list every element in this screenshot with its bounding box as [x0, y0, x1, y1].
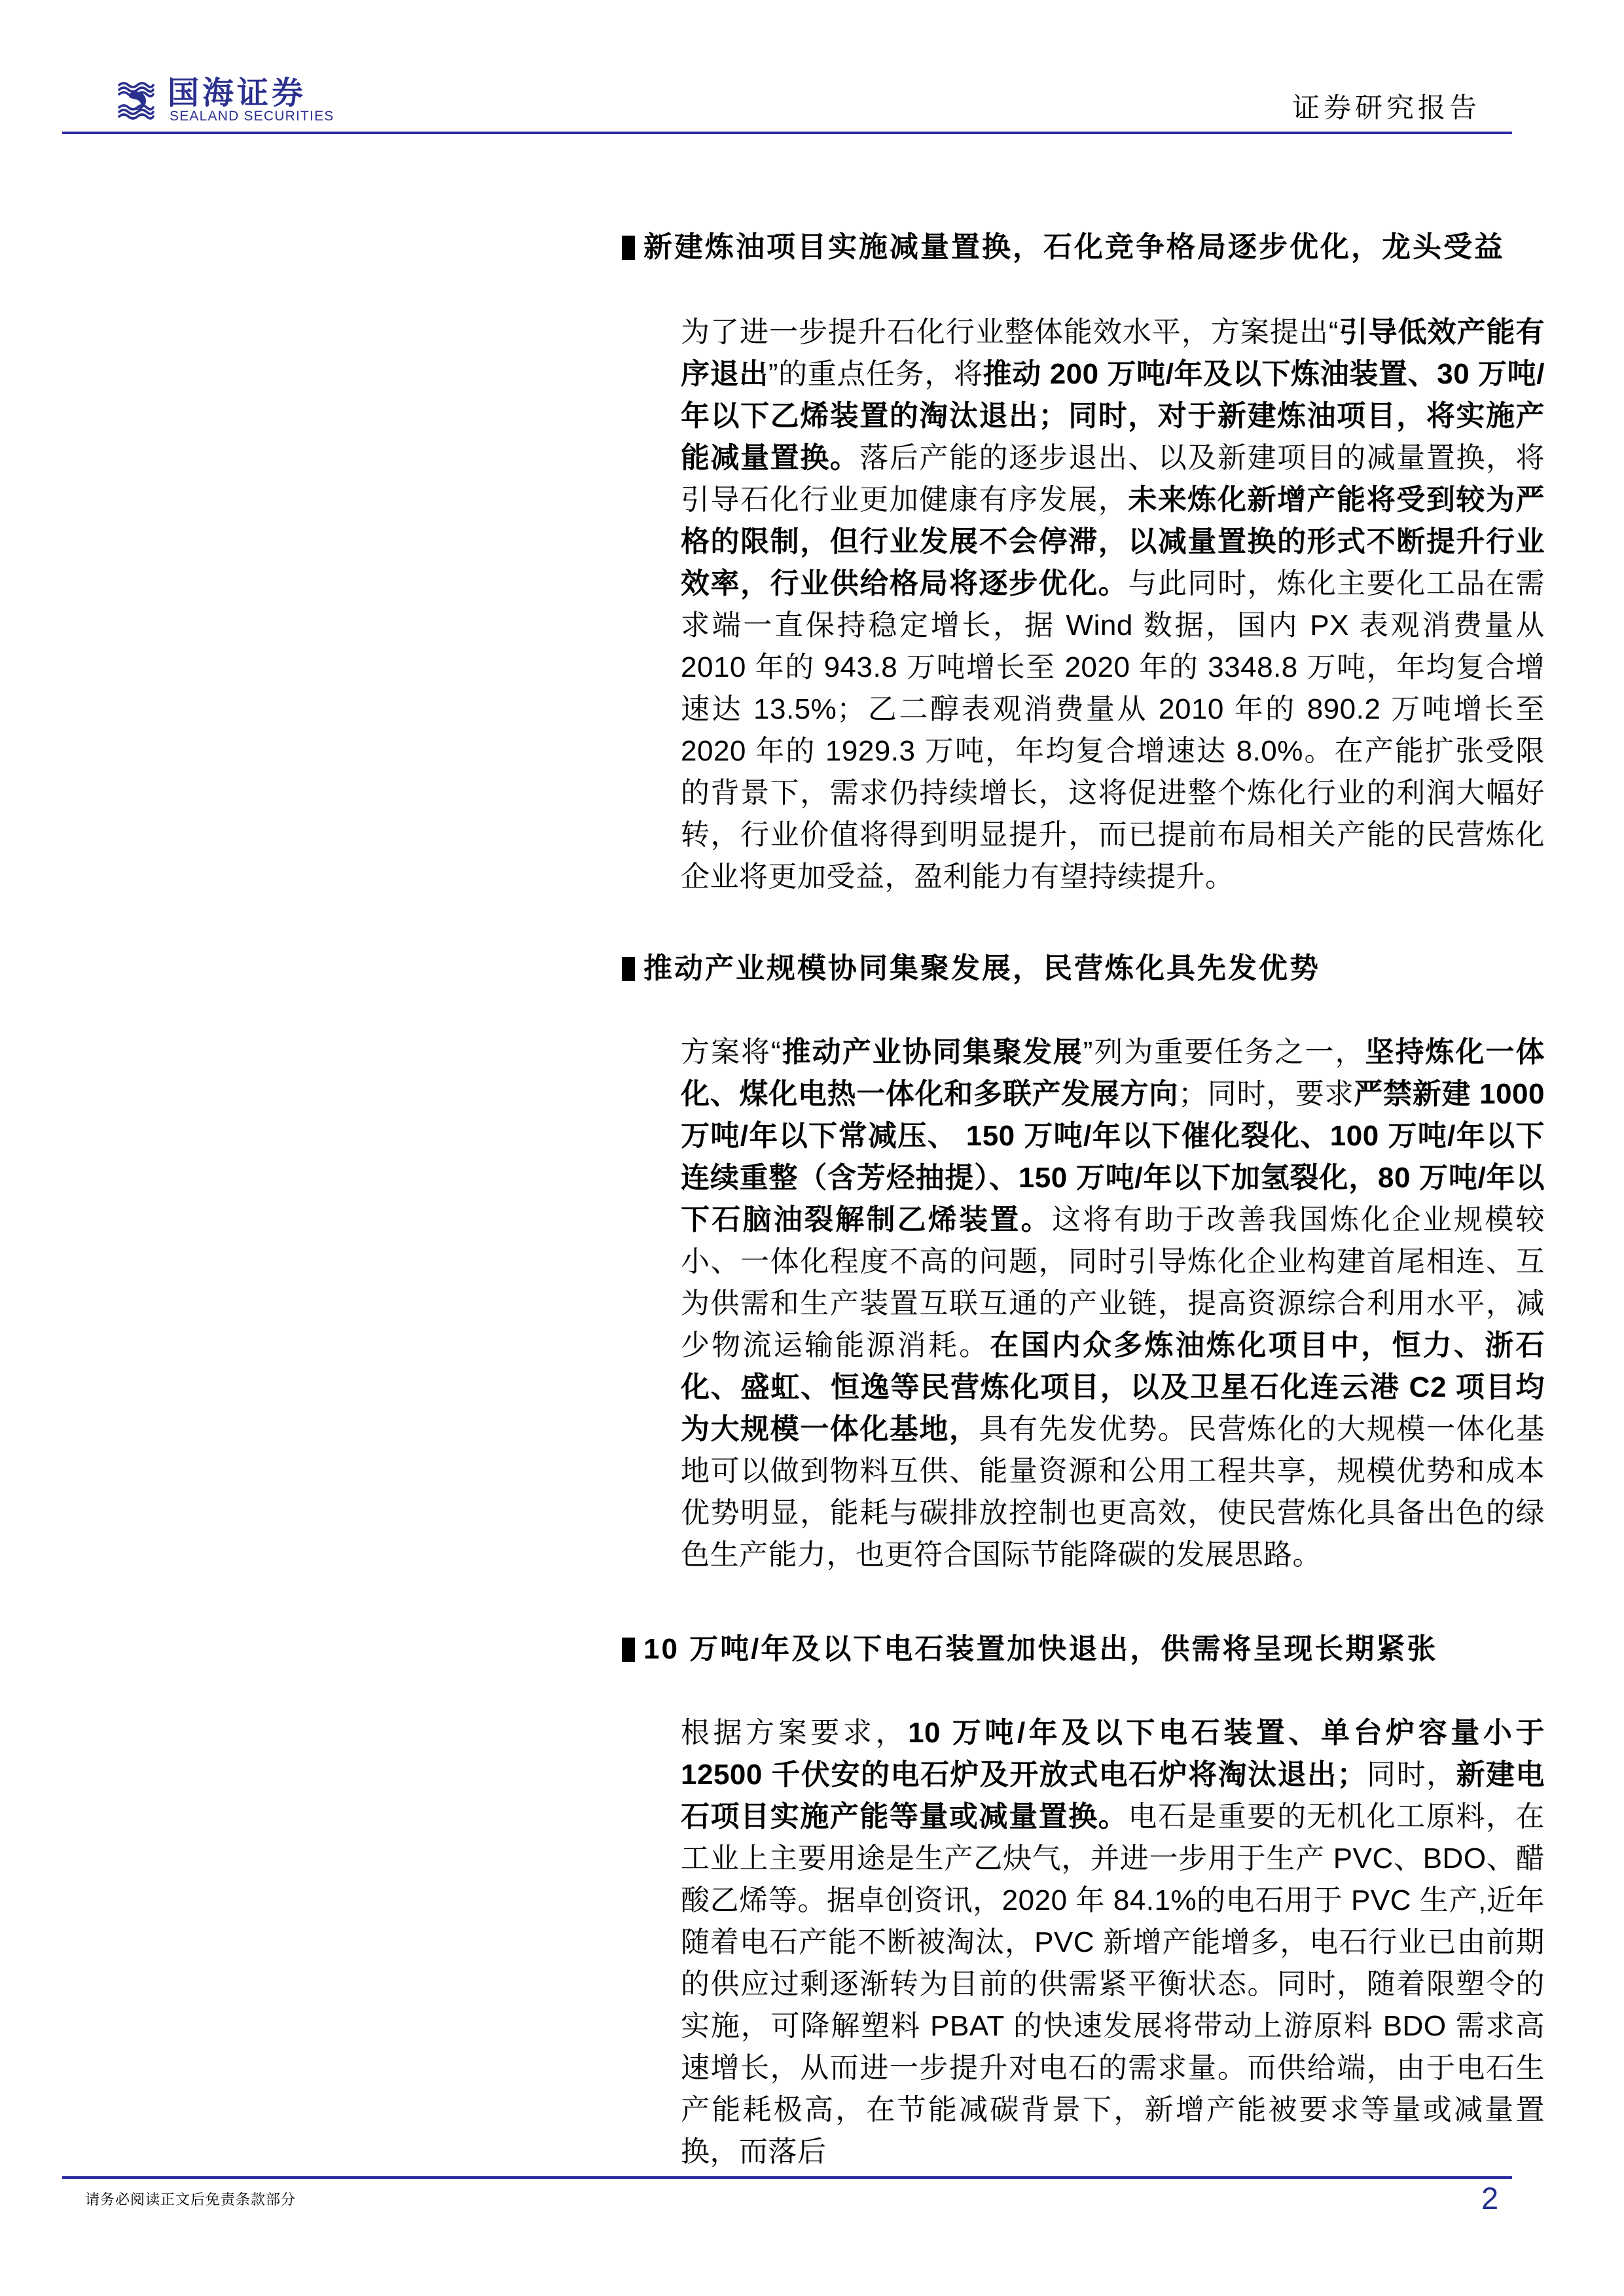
text-run: 与此同时，炼化主要化工品在需求端一直保持稳定增长，据 Wind 数据，国内 PX…	[681, 567, 1545, 893]
black-square-bullet-icon	[622, 957, 635, 981]
text-run: 同时，	[1366, 1759, 1456, 1791]
header-rule	[62, 132, 1512, 134]
text-run: ；同时，要求	[1178, 1078, 1354, 1110]
report-page: 国海证券 SEALAND SECURITIES 证券研究报告 新建炼油项目实施减…	[0, 0, 1624, 2296]
text-run: ”列为重要任务之一，	[1083, 1036, 1365, 1068]
black-square-bullet-icon	[622, 1638, 635, 1662]
footer-rule	[62, 2176, 1512, 2179]
section-heading-1: 新建炼油项目实施减量置换，石化竞争格局逐步优化，龙头受益	[622, 229, 1545, 266]
section-paragraph-2: 方案将“推动产业协同集聚发展”列为重要任务之一，坚持炼化一体化、煤化电热一体化和…	[681, 1031, 1545, 1576]
logo-company-name-en: SEALAND SECURITIES	[170, 109, 334, 124]
section-heading-3: 10 万吨/年及以下电石装置加快退出，供需将呈现长期紧张	[622, 1631, 1545, 1668]
text-run: ”的重点任务，将	[768, 358, 983, 390]
section-heading-text: 推动产业规模协同集聚发展，民营炼化具先发优势	[643, 950, 1320, 987]
section-heading-2: 推动产业规模协同集聚发展，民营炼化具先发优势	[622, 950, 1545, 987]
disclaimer-text: 请务必阅读正文后免责条款部分	[85, 2190, 296, 2210]
section-heading-text: 新建炼油项目实施减量置换，石化竞争格局逐步优化，龙头受益	[643, 229, 1505, 266]
sealand-logo-icon	[116, 80, 156, 122]
section-paragraph-1: 为了进一步提升石化行业整体能效水平，方案提出“引导低效产能有序退出”的重点任务，…	[681, 312, 1545, 898]
section-paragraph-3: 根据方案要求，10 万吨/年及以下电石装置、单台炉容量小于 12500 千伏安的…	[681, 1712, 1545, 2173]
text-run: 方案将“	[681, 1036, 781, 1068]
black-square-bullet-icon	[622, 236, 635, 260]
page-number: 2	[1481, 2182, 1498, 2215]
text-run: 为了进一步提升石化行业整体能效水平，方案提出“	[681, 316, 1339, 348]
text-run: 电石是重要的无机化工原料，在工业上主要用途是生产乙炔气，并进一步用于生产 PVC…	[681, 1801, 1545, 2168]
section-heading-text: 10 万吨/年及以下电石装置加快退出，供需将呈现长期紧张	[643, 1631, 1437, 1668]
report-type-label: 证券研究报告	[1292, 92, 1481, 126]
text-run: 推动产业协同集聚发展	[781, 1036, 1083, 1068]
logo-company-name: 国海证券	[168, 77, 306, 110]
text-run: 根据方案要求，	[681, 1717, 908, 1749]
